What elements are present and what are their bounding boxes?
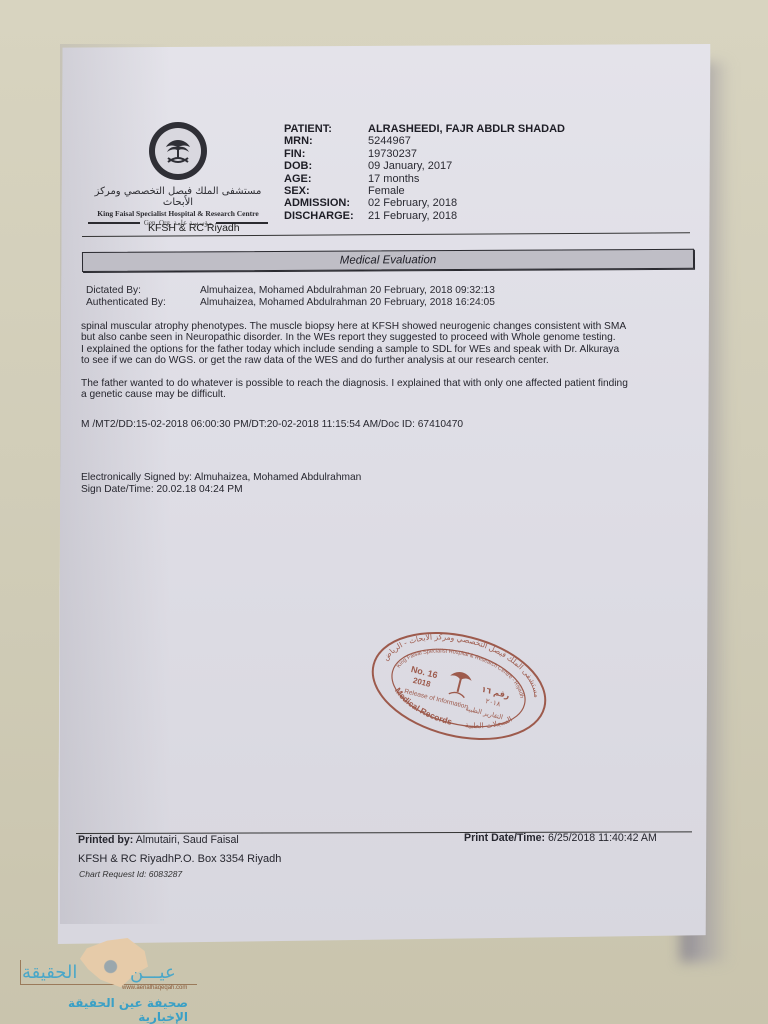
discharge-label: DISCHARGE: xyxy=(284,210,368,222)
mrn-value: 5244967 xyxy=(368,135,411,147)
printed-by: Printed by: Almutairi, Saud Faisal xyxy=(78,834,239,846)
body-paragraph: The father wanted to do whatever is poss… xyxy=(81,378,721,401)
dob-label: DOB: xyxy=(284,160,368,172)
admission-row: ADMISSION: 02 February, 2018 xyxy=(284,197,565,209)
discharge-value: 21 February, 2018 xyxy=(368,210,457,222)
age-row: AGE: 17 months xyxy=(284,173,565,185)
authenticated-label: Authenticated By: xyxy=(86,297,200,309)
dictated-row: Dictated By: Almuhaizea, Mohamed Abdulra… xyxy=(86,285,495,297)
hospital-address: KFSH & RC RiyadhP.O. Box 3354 Riyadh xyxy=(78,853,281,865)
age-value: 17 months xyxy=(368,173,419,185)
patient-info: PATIENT: ALRASHEEDI, FAJR ABDLR SHADAD M… xyxy=(284,123,565,222)
hospital-logo: مستشفى الملك فيصل التخصصي ومركز الأبحاث … xyxy=(88,122,268,227)
chart-request-id: Chart Request Id: 6083287 xyxy=(79,869,182,879)
dictated-value: Almuhaizea, Mohamed Abdulrahman 20 Febru… xyxy=(200,285,495,297)
dob-value: 09 January, 2017 xyxy=(368,160,452,172)
dob-row: DOB: 09 January, 2017 xyxy=(284,160,565,172)
sex-label: SEX: xyxy=(284,185,368,197)
stamp-palm-emblem-icon xyxy=(446,670,473,699)
hospital-name-arabic: مستشفى الملك فيصل التخصصي ومركز الأبحاث xyxy=(88,186,268,208)
print-datetime: Print Date/Time: 6/25/2018 11:40:42 AM xyxy=(464,832,657,844)
signed-by: Electronically Signed by: Almuhaizea, Mo… xyxy=(81,472,361,484)
discharge-row: DISCHARGE: 21 February, 2018 xyxy=(284,210,565,222)
divider xyxy=(88,222,140,224)
patient-row: PATIENT: ALRASHEEDI, FAJR ABDLR SHADAD xyxy=(284,123,565,135)
admission-value: 02 February, 2018 xyxy=(368,197,457,209)
dictated-label: Dictated By: xyxy=(86,285,200,297)
fin-label: FIN: xyxy=(284,148,368,160)
admission-label: ADMISSION: xyxy=(284,197,368,209)
sign-datetime: Sign Date/Time: 20.02.18 04:24 PM xyxy=(81,484,361,496)
watermark-url: www.aenalhaqeqah.com xyxy=(122,985,187,991)
authorship-info: Dictated By: Almuhaizea, Mohamed Abdulra… xyxy=(86,285,495,308)
fin-value: 19730237 xyxy=(368,148,417,160)
sex-value: Female xyxy=(368,185,405,197)
watermark-subtitle: صحيفة عين الحقيقة الإخبارية xyxy=(22,996,188,1024)
watermark-title-1: الحقيقة xyxy=(22,962,77,983)
patient-name: ALRASHEEDI, FAJR ABDLR SHADAD xyxy=(368,123,565,135)
authenticated-value: Almuhaizea, Mohamed Abdulrahman 20 Febru… xyxy=(200,297,495,309)
printed-by-label: Printed by: xyxy=(78,834,133,846)
patient-label: PATIENT: xyxy=(284,123,368,135)
watermark-title-2: عيـــن xyxy=(130,962,176,983)
authenticated-row: Authenticated By: Almuhaizea, Mohamed Ab… xyxy=(86,297,495,309)
electronic-signature: Electronically Signed by: Almuhaizea, Mo… xyxy=(81,472,361,496)
document-id-line: M /MT2/DD:15-02-2018 06:00:30 PM/DT:20-0… xyxy=(81,419,463,430)
stamp-year-arabic: ٢٠١٨ xyxy=(485,697,502,708)
print-datetime-value: 6/25/2018 11:40:42 AM xyxy=(548,832,657,844)
sex-row: SEX: Female xyxy=(284,185,565,197)
print-datetime-label: Print Date/Time: xyxy=(464,832,545,844)
palm-swords-emblem-icon xyxy=(149,122,207,180)
stamp-number-arabic: رقم ١٦ xyxy=(481,685,511,701)
section-title-medical-evaluation: Medical Evaluation xyxy=(82,249,694,272)
mrn-label: MRN: xyxy=(284,135,368,147)
site-name: KFSH & RC Riyadh xyxy=(148,222,240,234)
body-paragraph: spinal muscular atrophy phenotypes. The … xyxy=(81,321,721,367)
news-watermark-logo: الحقيقة عيـــن www.aenalhaqeqah.com صحيف… xyxy=(18,938,188,1018)
hospital-name-english: King Faisal Specialist Hospital & Resear… xyxy=(88,209,268,218)
printed-by-value: Almutairi, Saud Faisal xyxy=(136,834,239,846)
evaluation-body: spinal muscular atrophy phenotypes. The … xyxy=(81,321,721,411)
age-label: AGE: xyxy=(284,173,368,185)
fin-row: FIN: 19730237 xyxy=(284,148,565,160)
mrn-row: MRN: 5244967 xyxy=(284,135,565,147)
